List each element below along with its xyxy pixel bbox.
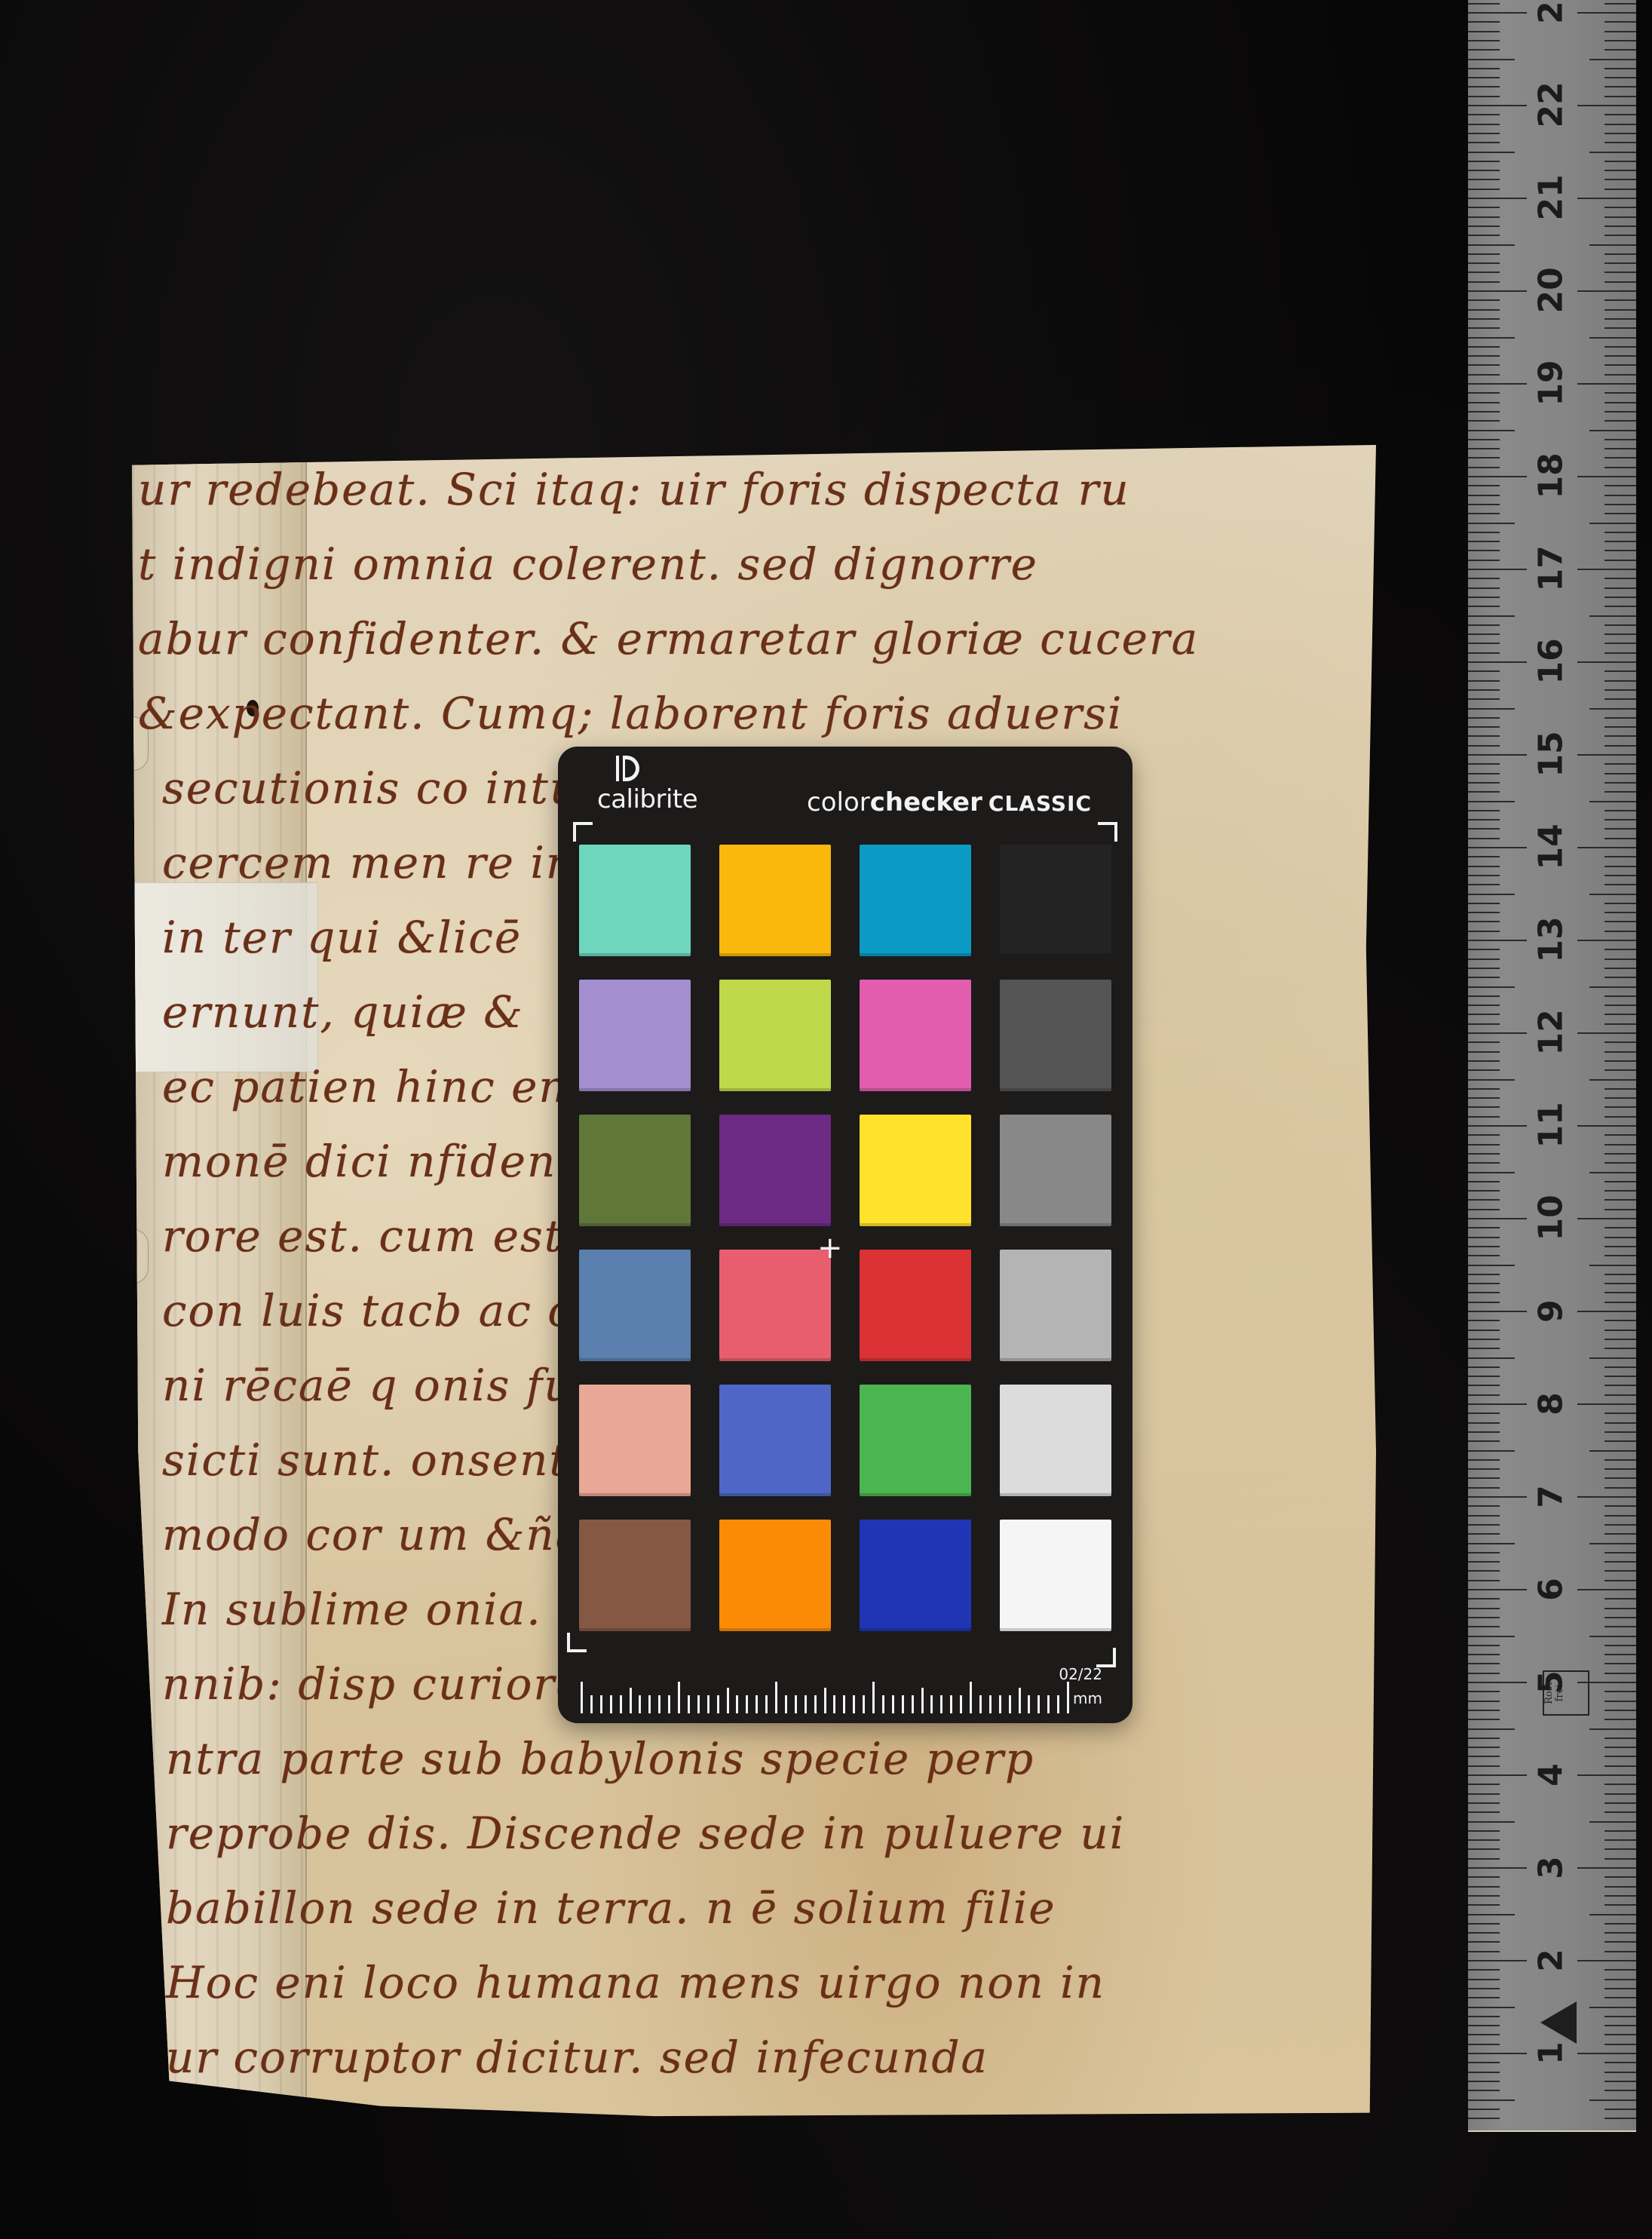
ruler-tick — [1604, 1533, 1636, 1535]
ruler-tick — [1468, 1134, 1500, 1136]
mm-tick — [785, 1695, 787, 1713]
ruler-tick — [1468, 1227, 1500, 1228]
manuscript-line: ntra parte sub babylonis specie perp — [166, 1733, 1034, 1784]
ruler-tick — [1604, 1598, 1636, 1600]
ruler-tick — [1468, 2044, 1500, 2045]
ruler-tick — [1604, 532, 1636, 533]
ruler-label: 19 — [1532, 361, 1571, 406]
ruler-tick — [1577, 569, 1636, 570]
ruler-tick — [1468, 1533, 1500, 1535]
ruler-tick — [1468, 1636, 1515, 1637]
ruler-tick — [1604, 1811, 1636, 1813]
ruler-tick — [1604, 698, 1636, 700]
ruler-tick — [1468, 763, 1500, 765]
ruler-tick — [1604, 1505, 1636, 1507]
ruler-tick — [1589, 615, 1636, 617]
ruler-tick — [1604, 31, 1636, 32]
ruler-tick — [1604, 689, 1636, 691]
ruler-tick — [1604, 1134, 1636, 1136]
ruler-tick — [1589, 1914, 1636, 1915]
ruler-tick — [1577, 1774, 1636, 1776]
ruler-label: 2 — [1532, 1938, 1571, 1983]
ruler-tick — [1468, 661, 1527, 663]
ruler-tick — [1468, 271, 1500, 273]
ruler-tick — [1577, 1032, 1636, 1034]
ruler-tick — [1577, 1960, 1636, 1961]
ruler-tick — [1604, 1710, 1636, 1711]
ruler-tick — [1468, 1997, 1500, 1998]
ruler-tick — [1604, 327, 1636, 329]
ruler-tick — [1604, 1951, 1636, 1952]
mm-tick — [630, 1688, 632, 1713]
ruler-tick — [1604, 1237, 1636, 1238]
ruler-tick — [1468, 2007, 1515, 2008]
ruler-tick — [1604, 578, 1636, 579]
ruler-tick — [1468, 1598, 1500, 1600]
ruler-tick — [1468, 1246, 1500, 1247]
ruler-tick — [1604, 467, 1636, 468]
ruler-tick — [1468, 420, 1500, 422]
mm-tick — [746, 1695, 748, 1713]
ruler-tick — [1604, 1645, 1636, 1646]
ruler-tick — [1577, 198, 1636, 199]
ruler-tick — [1468, 1172, 1515, 1173]
manuscript-line: babillon sede in terra. n ē solium filie — [166, 1882, 1056, 1934]
ruler-tick — [1468, 875, 1500, 876]
ruler-tick — [1468, 1904, 1500, 1906]
ruler-tick — [1468, 59, 1515, 60]
ruler-tick — [1577, 1218, 1636, 1219]
ruler-tick — [1468, 995, 1500, 997]
ruler-tick — [1468, 847, 1527, 848]
ruler-tick — [1604, 189, 1636, 190]
ruler-tick — [1604, 1116, 1636, 1118]
mm-tick — [610, 1695, 612, 1713]
ruler-tick — [1468, 1218, 1527, 1219]
ruler-tick — [1468, 1403, 1527, 1405]
ruler-tick — [1604, 1255, 1636, 1256]
ruler-tick — [1468, 633, 1500, 635]
mm-tick — [989, 1695, 992, 1713]
ruler-label: 1 — [1532, 2031, 1571, 2076]
ruler-tick — [1604, 1246, 1636, 1247]
ruler-tick — [1604, 161, 1636, 162]
ruler-tick — [1468, 1570, 1500, 1572]
mm-tick — [736, 1695, 738, 1713]
color-patch-purplish-blue — [719, 1385, 831, 1496]
ruler-label: 13 — [1532, 918, 1571, 963]
ruler-tick — [1468, 1886, 1500, 1888]
ruler-tick — [1468, 1561, 1500, 1563]
mm-tick — [1047, 1695, 1050, 1713]
ruler-tick — [1468, 1515, 1500, 1517]
mm-tick — [1057, 1695, 1059, 1713]
ruler-tick — [1577, 290, 1636, 292]
metric-ruler: Rost frei 123456789101112131415161718192… — [1468, 0, 1636, 2132]
ruler-tick — [1589, 1079, 1636, 1081]
ruler-tick — [1468, 430, 1515, 431]
ruler-tick — [1468, 1283, 1500, 1284]
color-patch-neutral-6.5 — [1000, 1250, 1111, 1361]
ruler-tick — [1468, 1097, 1500, 1099]
ruler-tick — [1589, 1821, 1636, 1823]
ruler-tick — [1604, 1673, 1636, 1674]
ruler-tick — [1604, 495, 1636, 496]
ruler-tick — [1468, 1125, 1527, 1127]
ruler-tick — [1468, 708, 1515, 710]
mm-tick — [960, 1695, 962, 1713]
color-patch-purple — [719, 1115, 831, 1226]
ruler-tick — [1468, 2072, 1500, 2073]
ruler-tick — [1604, 587, 1636, 589]
ruler-tick — [1604, 1330, 1636, 1331]
ruler-tick — [1468, 2109, 1500, 2110]
ruler-tick — [1468, 1339, 1500, 1340]
ruler-label: 6 — [1532, 1567, 1571, 1612]
manuscript-line: ernunt, quiæ & — [162, 986, 524, 1038]
ruler-tick — [1604, 1552, 1636, 1553]
ruler-tick — [1604, 1848, 1636, 1850]
ruler-tick — [1604, 1088, 1636, 1090]
ruler-tick — [1468, 1431, 1500, 1433]
mm-tick — [648, 1695, 651, 1713]
ruler-tick — [1468, 670, 1500, 672]
ruler-tick — [1604, 1274, 1636, 1275]
ruler-tick — [1589, 1543, 1636, 1544]
ruler-tick — [1468, 1691, 1500, 1692]
ruler-tick — [1468, 1747, 1500, 1748]
color-patch-cyan — [860, 845, 971, 956]
ruler-tick — [1468, 1654, 1500, 1655]
ruler-tick — [1604, 68, 1636, 69]
ruler-tick — [1604, 1004, 1636, 1006]
ruler-tick — [1589, 1450, 1636, 1452]
color-patch-orange — [719, 1520, 831, 1631]
ruler-tick — [1468, 624, 1500, 626]
ruler-tick — [1589, 244, 1636, 246]
ruler-tick — [1468, 903, 1500, 904]
ruler-label: 5 — [1532, 1660, 1571, 1705]
ruler-tick — [1468, 560, 1500, 561]
ruler-tick — [1604, 485, 1636, 486]
ruler-label: 22 — [1532, 83, 1571, 128]
ruler-tick — [1604, 2062, 1636, 2063]
ruler-tick — [1604, 504, 1636, 505]
ruler-tick — [1577, 1311, 1636, 1312]
ruler-tick — [1577, 12, 1636, 14]
ruler-tick — [1577, 1867, 1636, 1869]
ruler-tick — [1604, 49, 1636, 51]
ruler-tick — [1468, 1330, 1500, 1331]
color-patch-black — [1000, 845, 1111, 956]
ruler-tick — [1468, 327, 1500, 329]
ruler-tick — [1468, 1440, 1500, 1442]
ruler-tick — [1577, 1125, 1636, 1127]
ruler-tick — [1468, 1848, 1500, 1850]
ruler-tick — [1604, 1923, 1636, 1925]
ruler-tick — [1468, 1023, 1500, 1025]
ruler-tick — [1468, 1060, 1500, 1062]
mm-tick — [814, 1695, 817, 1713]
ruler-tick — [1604, 1793, 1636, 1795]
ruler-tick — [1468, 1793, 1500, 1795]
calibrite-logo-icon — [623, 756, 639, 781]
ruler-label: 15 — [1532, 732, 1571, 778]
ruler-tick — [1604, 1348, 1636, 1349]
color-patch-blue — [860, 1520, 971, 1631]
ruler-tick — [1604, 225, 1636, 227]
ruler-tick — [1604, 1069, 1636, 1071]
ruler-label: 17 — [1532, 547, 1571, 592]
ruler-tick — [1468, 1505, 1500, 1507]
mm-tick — [639, 1695, 641, 1713]
ruler-label: 14 — [1532, 825, 1571, 870]
ruler-tick — [1468, 986, 1515, 988]
ruler-tick — [1468, 1941, 1500, 1943]
color-patch-neutral-8 — [1000, 1385, 1111, 1496]
ruler-tick — [1468, 1756, 1500, 1757]
ruler-tick — [1468, 1663, 1500, 1664]
ruler-tick — [1468, 290, 1527, 292]
mm-tick — [1009, 1695, 1011, 1713]
mm-tick — [1019, 1688, 1021, 1713]
manuscript-line: ni rēcaē q onis fug — [162, 1360, 603, 1411]
color-patch-orange-yellow — [719, 845, 831, 956]
ruler-tick — [1468, 1468, 1500, 1470]
ruler-tick — [1468, 2016, 1500, 2017]
ruler-tick — [1604, 1199, 1636, 1201]
manuscript-line: ec patien hinc eni — [162, 1061, 584, 1112]
ruler-tick — [1604, 216, 1636, 218]
ruler-tick — [1604, 2034, 1636, 2035]
ruler-tick — [1604, 2118, 1636, 2119]
ruler-tick — [1604, 1701, 1636, 1702]
mm-tick — [581, 1682, 583, 1713]
ruler-tick — [1604, 1106, 1636, 1108]
ruler-tick — [1604, 606, 1636, 607]
ruler-tick — [1468, 782, 1500, 784]
ruler-tick — [1604, 1895, 1636, 1897]
ruler-tick — [1468, 1969, 1500, 1971]
ruler-tick — [1468, 142, 1500, 143]
ruler-tick — [1604, 1339, 1636, 1340]
ruler-tick — [1468, 1839, 1500, 1841]
mm-tick — [658, 1695, 660, 1713]
ruler-tick — [1604, 745, 1636, 747]
ruler-tick — [1468, 364, 1500, 366]
mm-tick — [921, 1688, 924, 1713]
ruler-tick — [1468, 1496, 1527, 1498]
ruler-tick — [1604, 96, 1636, 97]
brand-label: calibrite — [597, 784, 665, 814]
ruler-tick — [1589, 2007, 1636, 2008]
ruler-tick — [1604, 819, 1636, 820]
ruler-tick — [1468, 1041, 1500, 1043]
ruler-tick — [1468, 1738, 1500, 1739]
ruler-tick — [1577, 661, 1636, 663]
ruler-tick — [1468, 495, 1500, 496]
ruler-tick — [1604, 1227, 1636, 1228]
ruler-tick — [1604, 1988, 1636, 1989]
color-patch-magenta — [860, 980, 971, 1091]
ruler-tick — [1604, 2025, 1636, 2026]
ruler-tick — [1468, 1552, 1500, 1553]
color-patch-red — [860, 1250, 971, 1361]
ruler-tick — [1468, 2118, 1500, 2119]
mm-tick — [1028, 1695, 1030, 1713]
manuscript-line: ur redebeat. Sci itaq: uir foris dispect… — [138, 464, 1130, 515]
ruler-tick — [1604, 1422, 1636, 1424]
ruler-tick — [1468, 1719, 1500, 1720]
ruler-tick — [1604, 949, 1636, 950]
corner-mark-icon — [567, 1633, 587, 1652]
mm-tick — [882, 1695, 884, 1713]
ruler-tick — [1468, 1459, 1500, 1461]
ruler-tick — [1604, 1663, 1636, 1664]
ruler-tick — [1604, 1023, 1636, 1025]
ruler-tick — [1604, 866, 1636, 867]
ruler-tick — [1468, 1032, 1527, 1034]
title-suffix: CLASSIC — [988, 791, 1092, 816]
mm-tick — [707, 1695, 710, 1713]
ruler-tick — [1604, 903, 1636, 904]
corner-mark-icon — [1098, 822, 1117, 842]
ruler-tick — [1468, 2025, 1500, 2026]
ruler-tick — [1604, 1747, 1636, 1748]
ruler-tick — [1468, 2034, 1500, 2035]
ruler-tick — [1468, 318, 1500, 320]
ruler-tick — [1468, 1302, 1500, 1303]
ruler-tick — [1468, 476, 1527, 477]
ruler-tick — [1468, 114, 1500, 115]
ruler-tick — [1604, 1376, 1636, 1377]
ruler-tick — [1604, 958, 1636, 960]
title-bold: checker — [870, 787, 982, 817]
ruler-tick — [1604, 124, 1636, 125]
ruler-label: 18 — [1532, 454, 1571, 499]
ruler-tick — [1604, 2072, 1636, 2073]
ruler-tick — [1604, 921, 1636, 922]
ruler-tick — [1468, 578, 1500, 579]
ruler-tick — [1468, 1802, 1500, 1804]
mm-tick — [590, 1695, 593, 1713]
ruler-tick — [1604, 1487, 1636, 1489]
ruler-tick — [1468, 2053, 1527, 2054]
ruler-tick — [1468, 374, 1500, 376]
ruler-tick — [1468, 1320, 1500, 1321]
ruler-tick — [1468, 448, 1500, 449]
ruler-tick — [1604, 1440, 1636, 1442]
mm-tick — [600, 1695, 602, 1713]
ruler-tick — [1604, 782, 1636, 784]
mm-scale — [581, 1676, 1071, 1713]
ruler-tick — [1468, 1144, 1500, 1146]
ruler-tick — [1604, 680, 1636, 682]
ruler-tick — [1468, 12, 1527, 14]
ruler-tick — [1604, 170, 1636, 171]
ruler-tick — [1468, 894, 1515, 895]
ruler-tick — [1604, 1153, 1636, 1155]
mm-tick — [843, 1695, 845, 1713]
ruler-tick — [1604, 1997, 1636, 1998]
ruler-tick — [1468, 1580, 1500, 1581]
calibrite-logo: calibrite — [597, 756, 665, 814]
ruler-tick — [1604, 773, 1636, 774]
ruler-tick — [1589, 59, 1636, 60]
ruler-tick — [1468, 1069, 1500, 1071]
ruler-tick — [1468, 828, 1500, 830]
ruler-tick — [1589, 986, 1636, 988]
ruler-tick — [1468, 411, 1500, 413]
ruler-tick — [1604, 875, 1636, 876]
ruler-tick — [1604, 513, 1636, 514]
ruler-tick — [1468, 198, 1527, 199]
ruler-tick — [1468, 355, 1500, 357]
ruler-tick — [1604, 420, 1636, 422]
ruler-tick — [1604, 1802, 1636, 1804]
ruler-tick — [1604, 392, 1636, 394]
ruler-tick — [1604, 1608, 1636, 1609]
ruler-tick — [1577, 940, 1636, 941]
ruler-tick — [1604, 207, 1636, 208]
ruler-tick — [1468, 49, 1500, 51]
ruler-tick — [1604, 560, 1636, 561]
manuscript-line: cercem men re ire — [162, 837, 596, 888]
ruler-tick — [1468, 31, 1500, 32]
ruler-tick — [1468, 1366, 1500, 1368]
color-patch-green — [860, 1385, 971, 1496]
ruler-tick — [1604, 1468, 1636, 1470]
ruler-tick — [1468, 1589, 1527, 1590]
ruler-tick — [1604, 346, 1636, 348]
ruler-tick — [1468, 643, 1500, 644]
ruler-tick — [1604, 411, 1636, 413]
ruler-tick — [1604, 1394, 1636, 1396]
ruler-tick — [1468, 1821, 1515, 1823]
mm-tick — [892, 1695, 894, 1713]
ruler-tick — [1589, 894, 1636, 895]
ruler-tick — [1604, 3, 1636, 5]
ruler-tick — [1468, 77, 1500, 78]
ruler-tick — [1577, 105, 1636, 106]
ruler-tick — [1604, 1932, 1636, 1934]
ruler-tick — [1468, 1292, 1500, 1293]
ruler-tick — [1468, 1153, 1500, 1155]
ruler-tick — [1468, 1477, 1500, 1479]
ruler-tick — [1604, 2090, 1636, 2091]
ruler-tick — [1468, 1811, 1500, 1813]
ruler-tick — [1604, 1097, 1636, 1099]
ruler-tick — [1468, 244, 1515, 246]
ruler-tick — [1468, 86, 1500, 87]
ruler-tick — [1468, 949, 1500, 950]
ruler-tick — [1468, 1626, 1500, 1627]
ruler-tick — [1604, 838, 1636, 839]
ruler-tick — [1468, 912, 1500, 913]
ruler-tick — [1468, 346, 1500, 348]
ruler-tick — [1468, 1979, 1500, 1980]
ruler-tick — [1468, 597, 1500, 598]
ruler-tick — [1604, 726, 1636, 728]
ruler-tick — [1468, 1784, 1500, 1785]
ruler-tick — [1589, 1265, 1636, 1266]
mm-tick — [970, 1682, 972, 1713]
ruler-tick — [1468, 179, 1500, 180]
ruler-tick — [1604, 1719, 1636, 1720]
color-patch-white — [1000, 1520, 1111, 1631]
ruler-tick — [1604, 1626, 1636, 1627]
ruler-tick — [1604, 624, 1636, 626]
